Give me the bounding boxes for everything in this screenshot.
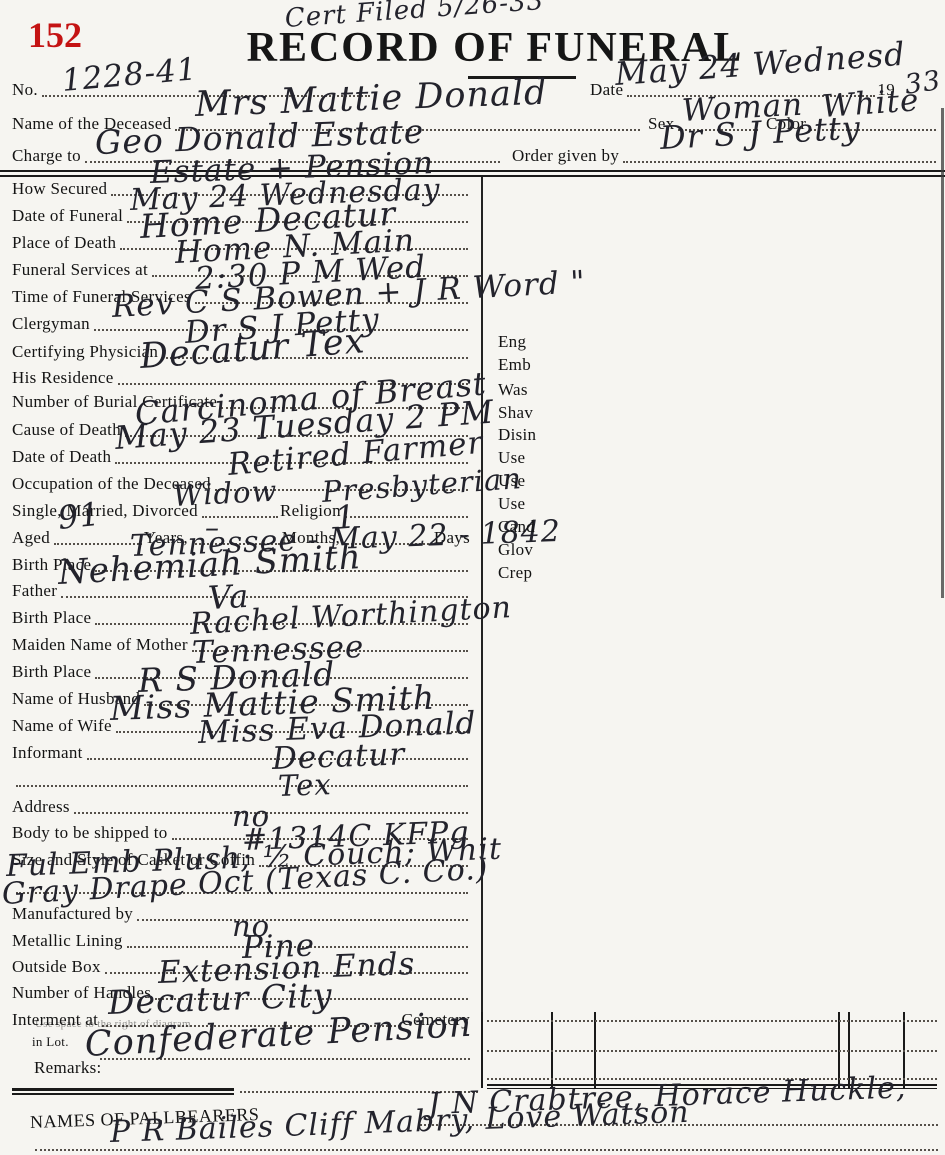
right-column-services: Eng Emb Was Shav Disin Use Use Use Cand …	[498, 332, 550, 582]
address-value: Tex	[277, 770, 332, 801]
service-label: Shav	[498, 403, 533, 423]
pallbearers-leader-2	[35, 1149, 938, 1151]
grid-dotted-row	[487, 1020, 937, 1022]
field-label: Clergyman	[12, 314, 90, 334]
marital-label: Single, Married, Divorced	[12, 501, 198, 521]
field-label: Date of Death	[12, 447, 111, 467]
service-label: Was	[498, 380, 528, 400]
marital-value: Widow	[172, 477, 278, 511]
leader	[54, 543, 142, 545]
field-label: Place of Death	[12, 233, 116, 253]
field-label: Certifying Physician	[12, 342, 158, 362]
order-leader	[623, 161, 936, 163]
leader	[137, 919, 468, 921]
service-label: Crep	[498, 563, 532, 582]
aged-label: Aged	[12, 528, 50, 548]
field-label: Birth Place	[12, 608, 91, 628]
leader	[16, 785, 468, 787]
leader	[74, 812, 468, 814]
field-label: Funeral Services at	[12, 260, 148, 280]
field-label: Birth Place	[12, 662, 91, 682]
in-lot-label: in Lot.	[32, 1034, 69, 1050]
no-label: No.	[12, 80, 38, 100]
bottom-separator-heavy	[12, 1093, 234, 1095]
field-label: His Residence	[12, 368, 114, 388]
field-label: How Secured	[12, 179, 107, 199]
field-label: Cause of Death	[12, 420, 121, 440]
scan-edge-artifact	[941, 108, 944, 598]
bottom-separator-heavy	[12, 1088, 234, 1091]
separator-rule-top	[0, 170, 945, 172]
field-label: Metallic Lining	[12, 931, 123, 951]
service-label: Use	[498, 448, 525, 468]
service-label: Use	[498, 471, 525, 491]
charge-label: Charge to	[12, 146, 81, 166]
grid-vline	[481, 1012, 483, 1088]
order-label: Order given by	[512, 146, 619, 166]
field-label: Informant	[12, 743, 83, 763]
order-value: Dr S J Petty	[659, 111, 861, 153]
service-label: Glov	[498, 540, 533, 560]
field-label: Address	[12, 797, 70, 817]
field-label: Father	[12, 581, 57, 601]
grid-dotted-row	[487, 1050, 937, 1052]
funeral-record-scan: { "page": { "number": "152", "cert_note"…	[0, 0, 945, 1155]
service-label: Disin	[498, 425, 536, 445]
page-number: 152	[28, 14, 82, 56]
field-label: Maiden Name of Mother	[12, 635, 188, 655]
field-label: Body to be shipped to	[12, 823, 168, 843]
service-label: Emb	[498, 355, 531, 375]
field-label: Name of Wife	[12, 716, 112, 736]
service-label: Eng	[498, 332, 526, 352]
service-label: Cand	[498, 517, 535, 537]
field-label: Outside Box	[12, 957, 101, 977]
service-label: Use	[498, 494, 525, 514]
field-label: Date of Funeral	[12, 206, 123, 226]
aged-years-value: 91	[56, 498, 102, 534]
